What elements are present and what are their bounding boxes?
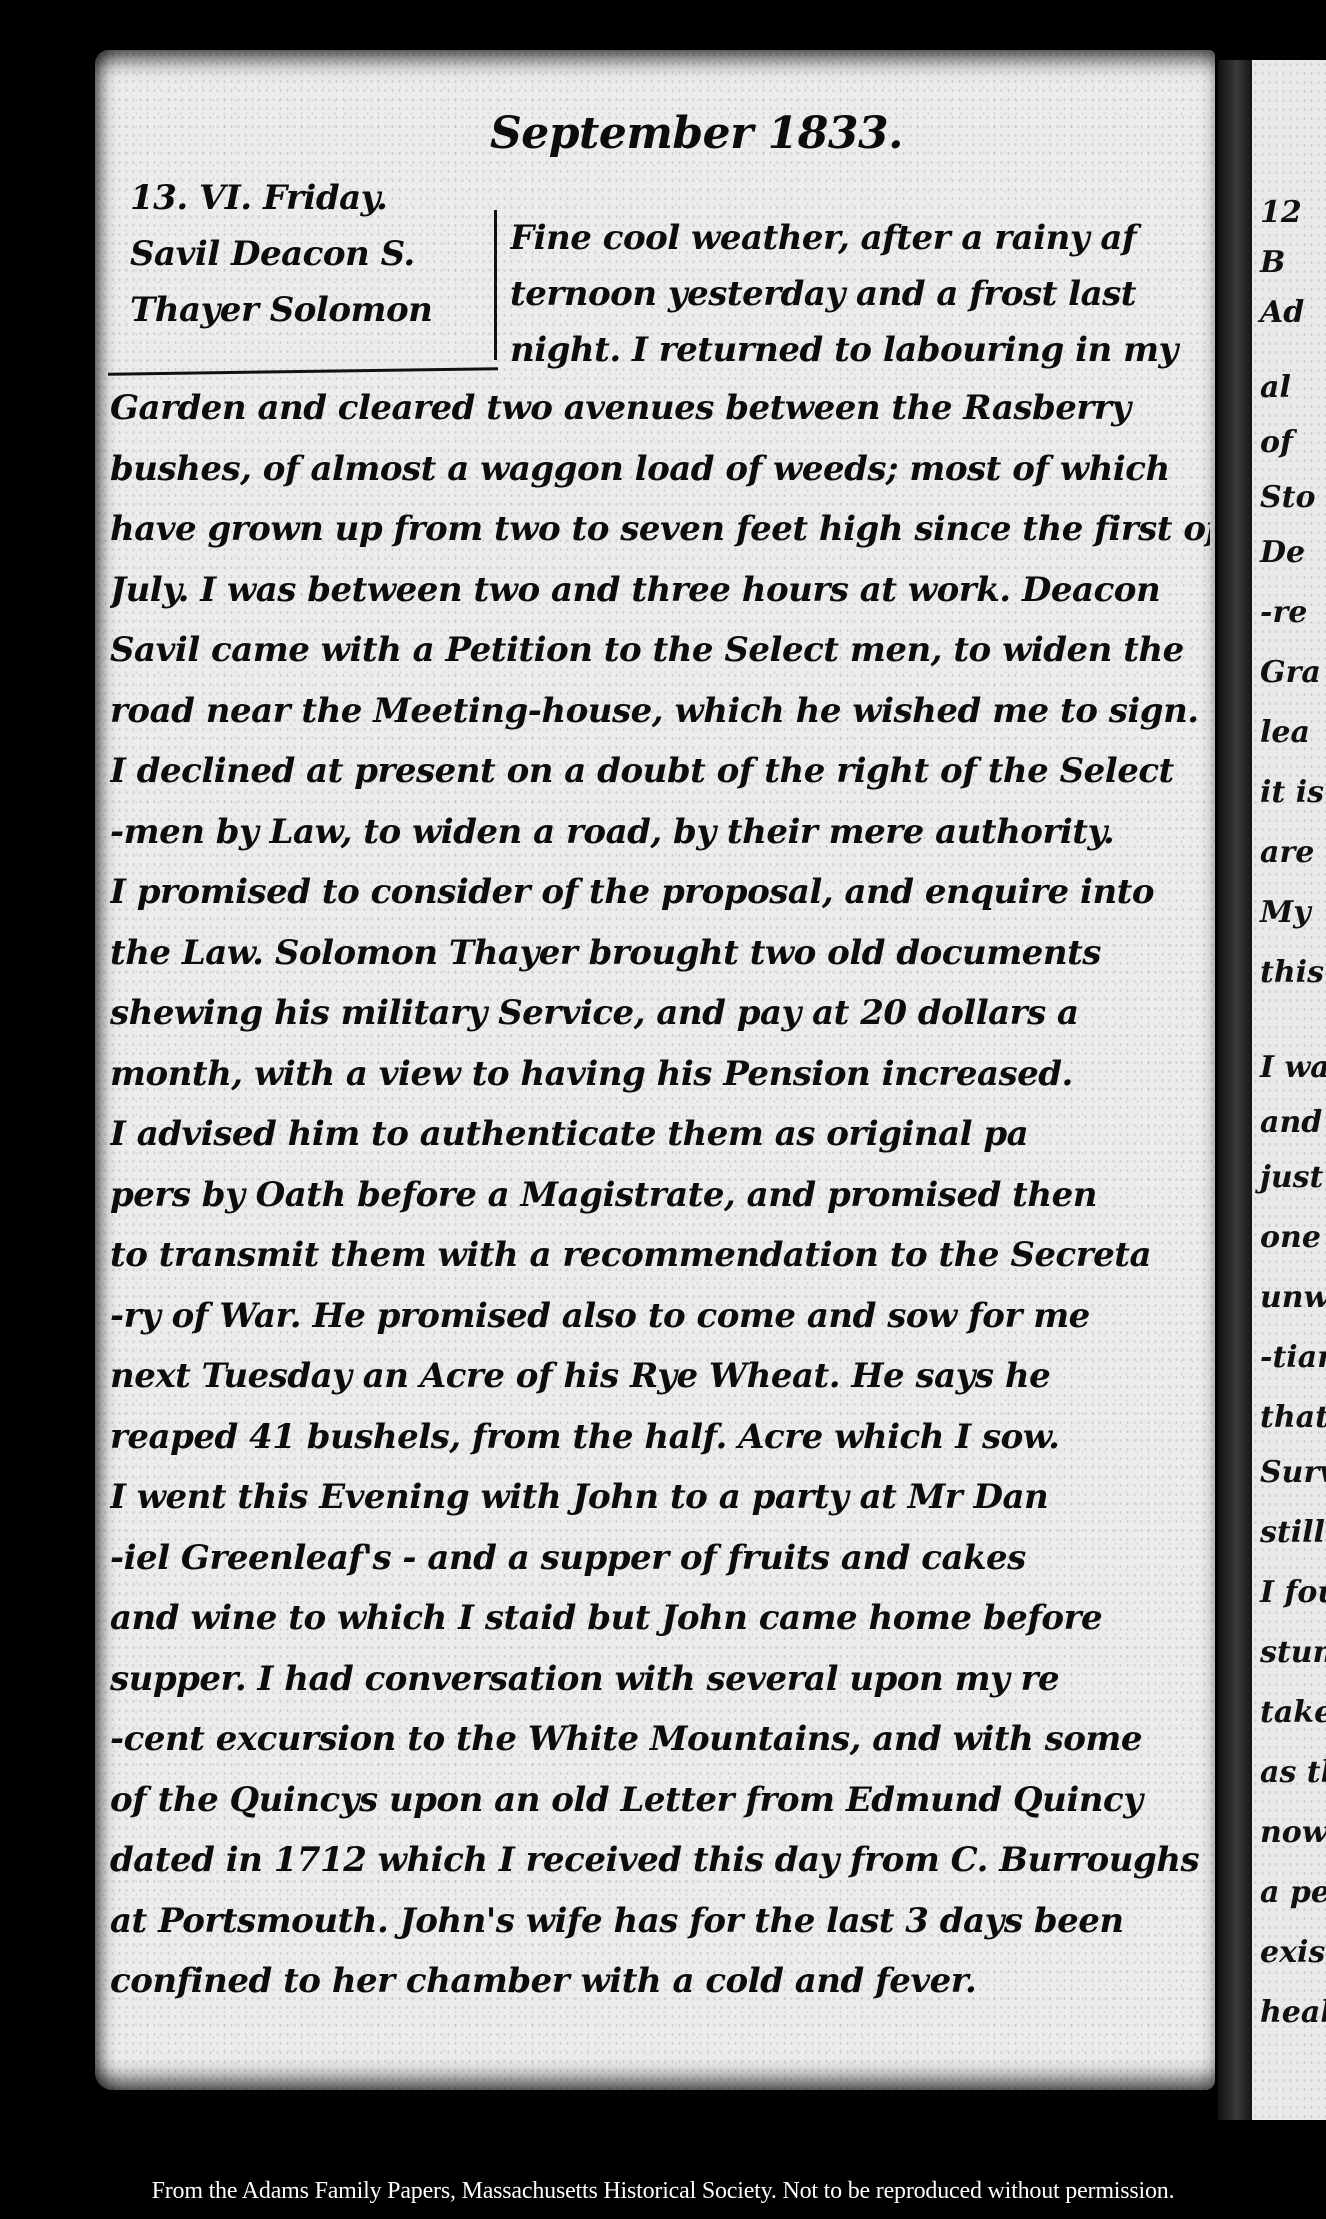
entry-line: -cent excursion to the White Mountains, …	[110, 1709, 1210, 1770]
facing-line: lea	[1260, 715, 1310, 750]
facing-line: Survi	[1260, 1455, 1326, 1490]
facing-line: a perm	[1260, 1875, 1326, 1910]
facing-line: are	[1260, 835, 1314, 870]
entry-line: of the Quincys upon an old Letter from E…	[110, 1770, 1210, 1831]
entry-line: -iel Greenleaf's - and a supper of fruit…	[110, 1528, 1210, 1589]
facing-line: Ad	[1260, 295, 1304, 330]
entry-line: and wine to which I staid but John came …	[110, 1588, 1210, 1649]
facing-line: just	[1260, 1160, 1323, 1195]
margin-bracket	[494, 210, 503, 360]
entry-line: the Law. Solomon Thayer brought two old …	[110, 923, 1210, 984]
facing-line: My	[1260, 895, 1311, 930]
facing-line: that J	[1260, 1400, 1326, 1435]
scanned-image: September 1833. 13. VI. Friday. Savil De…	[0, 0, 1326, 2219]
entry-line: next Tuesday an Acre of his Rye Wheat. H…	[110, 1346, 1210, 1407]
facing-line: B	[1260, 245, 1285, 280]
margin-notes: 13. VI. Friday. Savil Deacon S. Thayer S…	[130, 170, 490, 338]
facing-line: 12	[1260, 195, 1302, 230]
entry-line: reaped 41 bushels, from the half. Acre w…	[110, 1407, 1210, 1468]
entry-line: Fine cool weather, after a rainy af	[510, 210, 1210, 266]
facing-line: this E	[1260, 955, 1326, 990]
margin-date: 13. VI. Friday.	[130, 170, 490, 226]
facing-line: al	[1260, 370, 1291, 405]
entry-line: -ry of War. He promised also to come and…	[110, 1286, 1210, 1347]
entry-line: bushes, of almost a waggon load of weeds…	[110, 439, 1210, 500]
entry-line: night. I returned to labouring in my	[510, 322, 1210, 378]
entry-line: confined to her chamber with a cold and …	[110, 1951, 1210, 2012]
book-gutter	[1218, 60, 1252, 2120]
facing-line: unwa	[1260, 1280, 1326, 1315]
entry-line: dated in 1712 which I received this day …	[110, 1830, 1210, 1891]
facing-line: one g	[1260, 1220, 1326, 1255]
facing-line: De	[1260, 535, 1305, 570]
entry-opening: Fine cool weather, after a rainy af tern…	[510, 210, 1210, 378]
facing-line: it is	[1260, 775, 1324, 810]
entry-line: -men by Law, to widen a road, by their m…	[110, 802, 1210, 863]
facing-line: still	[1260, 1515, 1325, 1550]
facing-line: existe	[1260, 1935, 1326, 1970]
facing-line: I wa	[1260, 1050, 1326, 1085]
facing-line: taken	[1260, 1695, 1326, 1730]
margin-name-savil: Savil Deacon S.	[130, 226, 490, 282]
facing-line: -re	[1260, 595, 1307, 630]
facing-line: Gra	[1260, 655, 1321, 690]
entry-line: ternoon yesterday and a frost last	[510, 266, 1210, 322]
entry-line: I declined at present on a doubt of the …	[110, 741, 1210, 802]
copyright-footer: From the Adams Family Papers, Massachuse…	[0, 2178, 1326, 2205]
facing-line: health	[1260, 1995, 1326, 2030]
entry-line: I promised to consider of the proposal, …	[110, 862, 1210, 923]
entry-body: Garden and cleared two avenues between t…	[110, 378, 1210, 2012]
facing-line: now fo	[1260, 1815, 1326, 1850]
entry-line: shewing his military Service, and pay at…	[110, 983, 1210, 1044]
facing-line: of	[1260, 425, 1293, 460]
entry-line: at Portsmouth. John's wife has for the l…	[110, 1891, 1210, 1952]
margin-name-thayer: Thayer Solomon	[130, 282, 490, 338]
facing-line: I four	[1260, 1575, 1326, 1610]
entry-line: month, with a view to having his Pension…	[110, 1044, 1210, 1105]
entry-line: have grown up from two to seven feet hig…	[110, 499, 1210, 560]
entry-line: road near the Meeting-house, which he wi…	[110, 681, 1210, 742]
entry-line: July. I was between two and three hours …	[110, 560, 1210, 621]
entry-line: Garden and cleared two avenues between t…	[110, 378, 1210, 439]
facing-line: Sto	[1260, 480, 1316, 515]
entry-line: to transmit them with a recommendation t…	[110, 1225, 1210, 1286]
facing-line: and	[1260, 1105, 1322, 1140]
entry-line: pers by Oath before a Magistrate, and pr…	[110, 1165, 1210, 1226]
entry-line: supper. I had conversation with several …	[110, 1649, 1210, 1710]
entry-line: Savil came with a Petition to the Select…	[110, 620, 1210, 681]
facing-page-fragment: 12 B Ad al of Sto De -re Gra lea it is a…	[1252, 60, 1326, 2120]
entry-line: I went this Evening with John to a party…	[110, 1467, 1210, 1528]
month-heading: September 1833.	[490, 108, 903, 159]
entry-line: I advised him to authenticate them as or…	[110, 1104, 1210, 1165]
facing-line: stumpe	[1260, 1635, 1326, 1670]
facing-line: as they	[1260, 1755, 1326, 1790]
facing-line: -tian	[1260, 1340, 1326, 1375]
